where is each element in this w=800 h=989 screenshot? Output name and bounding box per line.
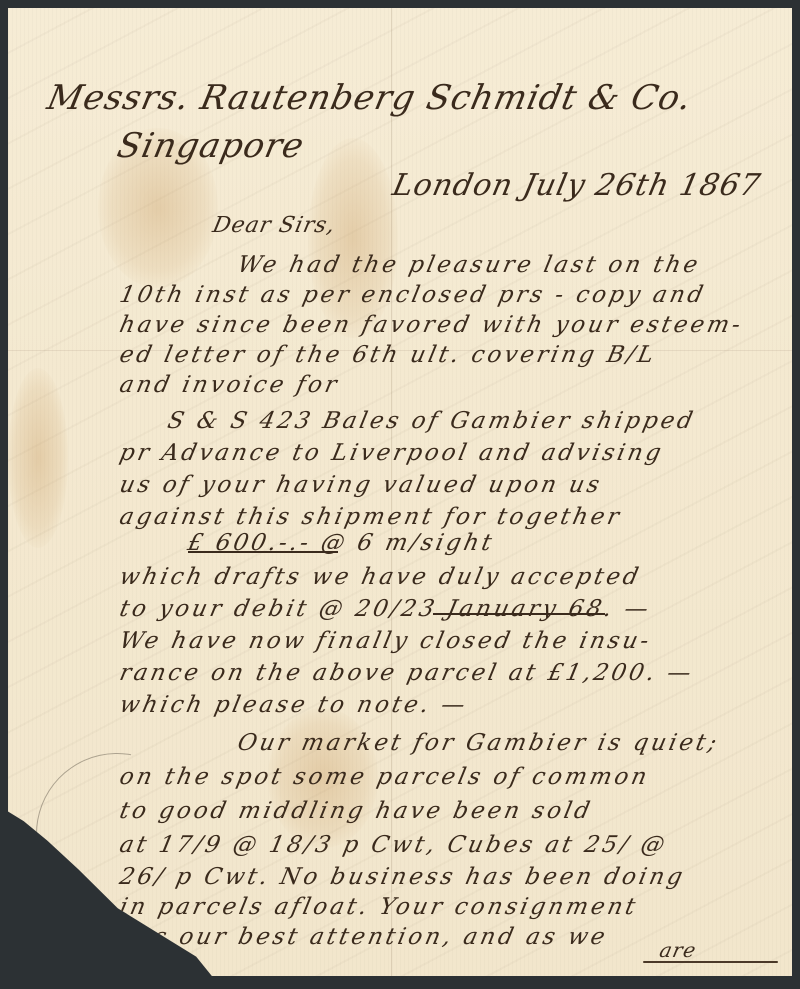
body-line: against this shipment for together xyxy=(117,504,624,530)
body-line: 10th inst as per enclosed prs - copy and xyxy=(117,282,708,308)
water-stain xyxy=(8,368,68,548)
body-line: to good middling have been sold xyxy=(117,798,595,824)
body-line: has our best attention, and as we xyxy=(117,924,610,950)
body-line: have since been favored with your esteem… xyxy=(117,312,745,338)
body-line: pr Advance to Liverpool and advising xyxy=(117,440,666,466)
amount-underline xyxy=(188,551,338,553)
body-line: We had the pleasure last on the xyxy=(235,252,703,278)
addressee-name: Messrs. Rautenberg Schmidt & Co. xyxy=(44,78,696,118)
body-line: on the spot some parcels of common xyxy=(117,764,652,790)
body-line: and invoice for xyxy=(117,372,342,398)
place-date: London July 26th 1867 xyxy=(389,168,764,203)
body-line: to your debit @ 20/23 January 68. — xyxy=(117,596,653,622)
body-line: Our market for Gambier is quiet; xyxy=(235,730,722,756)
letter-page: Messrs. Rautenberg Schmidt & Co. Singapo… xyxy=(8,8,792,976)
body-line: We have now finally closed the insu- xyxy=(117,628,654,654)
body-line: 26/ p Cwt. No business has been doing xyxy=(117,864,688,890)
body-line: S & S 423 Bales of Gambier shipped xyxy=(165,408,698,434)
body-line: which drafts we have duly accepted xyxy=(117,564,643,590)
body-line: ed letter of the 6th ult. covering B/L xyxy=(117,342,659,368)
addressee-city: Singapore xyxy=(114,126,308,166)
catchword: are xyxy=(657,938,698,962)
body-line: us of your having valued upon us xyxy=(117,472,604,498)
body-line: which please to note. — xyxy=(117,692,470,718)
water-stain xyxy=(308,138,398,338)
body-line: rance on the above parcel at £1,200. — xyxy=(117,660,696,686)
due-date-underline xyxy=(433,613,605,615)
closing-rule xyxy=(643,961,778,963)
body-line: at 17/9 @ 18/3 p Cwt, Cubes at 25/ @ xyxy=(117,832,670,858)
salutation: Dear Sirs, xyxy=(210,213,338,238)
body-line: in parcels afloat. Your consignment xyxy=(117,894,640,920)
